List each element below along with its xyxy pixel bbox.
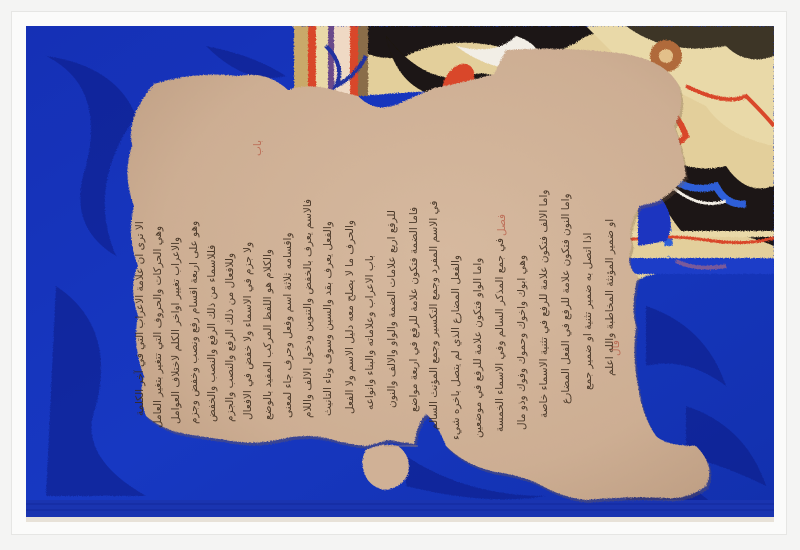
- scene-artwork: [26, 26, 774, 522]
- photograph: الا ترى ان علامة الاعراب التي في آخر الك…: [26, 26, 774, 522]
- manuscript-parchment: [26, 26, 774, 522]
